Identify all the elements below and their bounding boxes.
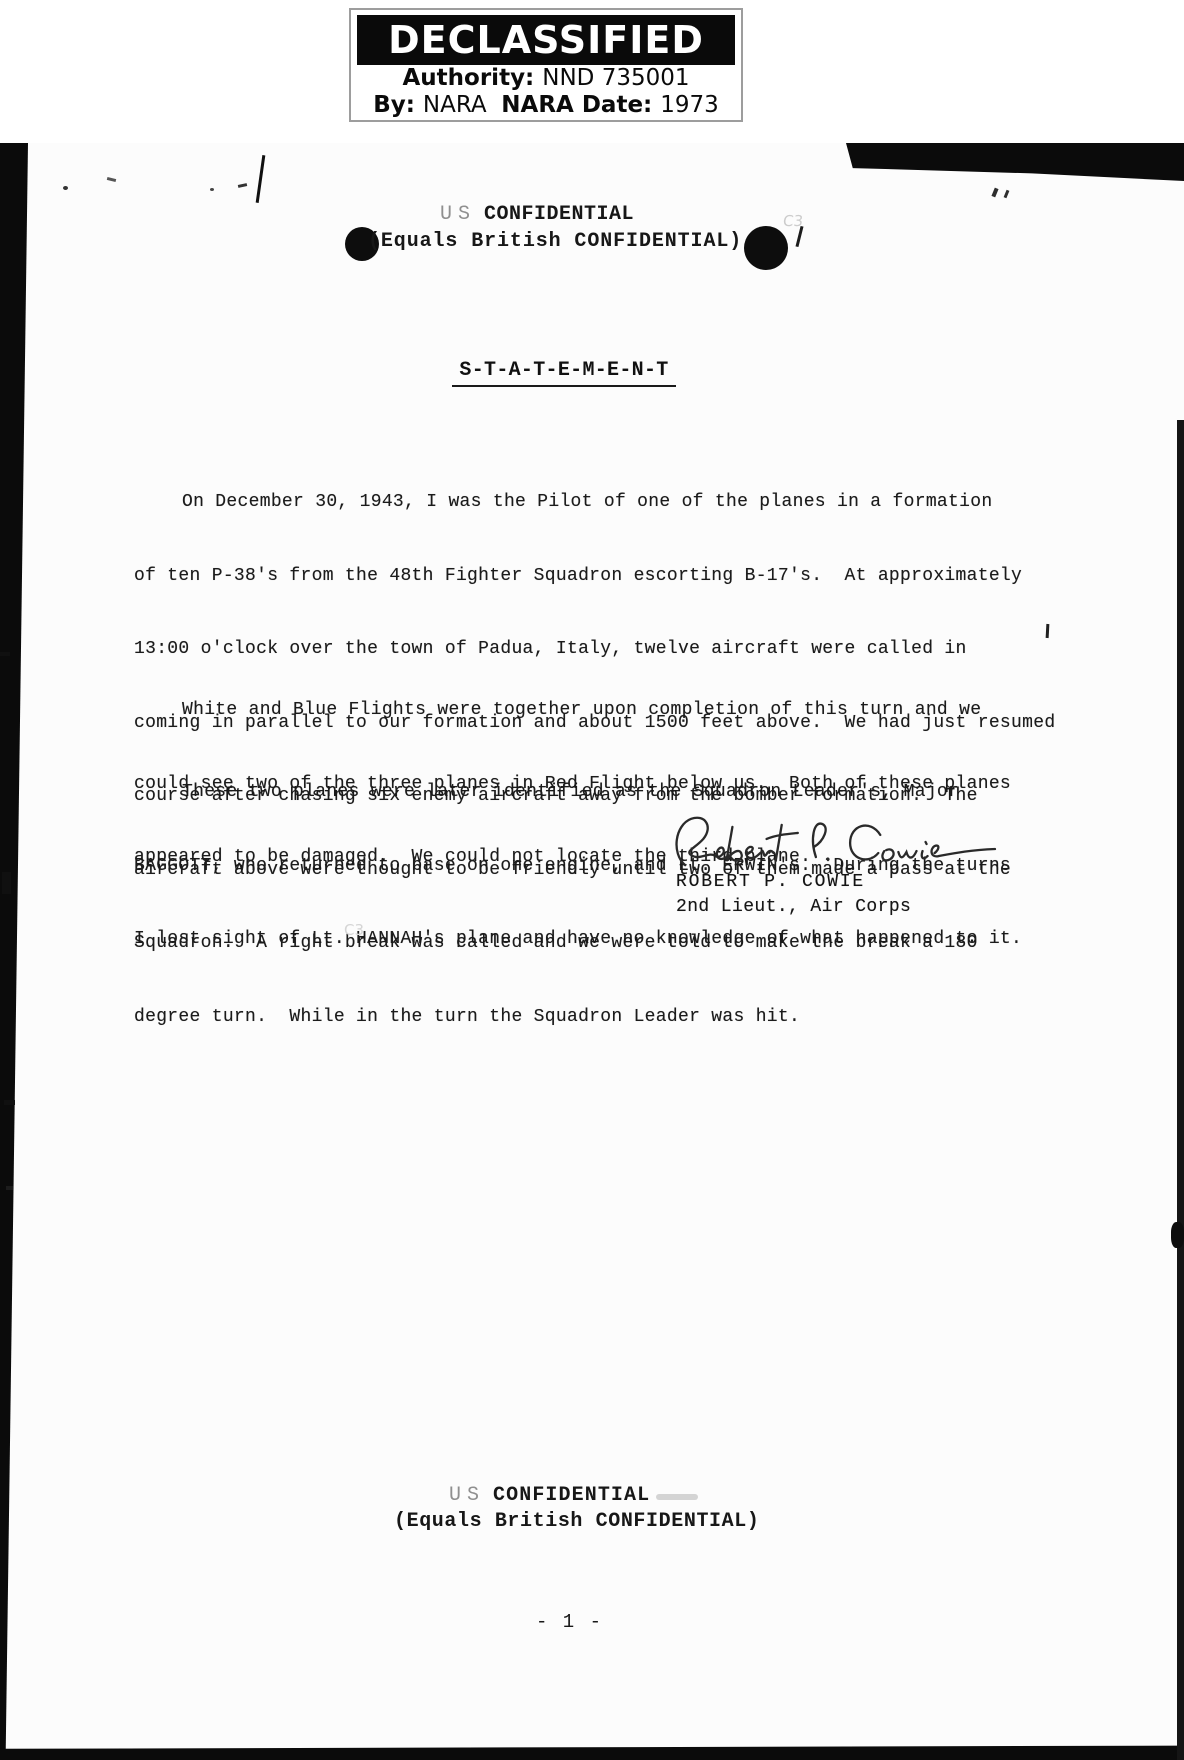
footer-classification-line2: (Equals British CONFIDENTIAL) — [394, 1510, 759, 1533]
by-value: NARA — [423, 92, 501, 118]
signature-typed-name: ROBERT P. COWIE — [676, 872, 865, 892]
scanned-document-page: DECLASSIFIED Authority: NND 735001 By: N… — [0, 0, 1184, 1760]
left-margin-mark — [4, 1100, 15, 1105]
page-number: - 1 - — [536, 1611, 603, 1633]
handwritten-signature — [663, 808, 1000, 880]
scan-edge-right — [1177, 420, 1184, 1760]
declassified-by-row: By: NARA NARA Date: 1973 — [351, 92, 741, 119]
signature-typed-title: 2nd Lieut., Air Corps — [676, 897, 911, 917]
body-line: These two planes were later identified a… — [134, 780, 1074, 805]
authority-value: NND 735001 — [542, 65, 689, 91]
stray-dot — [63, 186, 68, 190]
left-margin-mark — [6, 1186, 13, 1190]
body-line: of ten P-38's from the 48th Fighter Squa… — [134, 564, 1074, 589]
header-classification-line2: (Equals British CONFIDENTIAL) — [368, 230, 742, 253]
header-us-prefix: US — [440, 203, 476, 226]
body-line: White and Blue Flights were together upo… — [134, 698, 1074, 723]
stray-dot — [210, 188, 214, 191]
authority-label: Authority: — [403, 65, 543, 91]
declassified-banner: DECLASSIFIED — [357, 15, 735, 65]
body-line: On December 30, 1943, I was the Pilot of… — [134, 490, 1074, 515]
header-classification-line1: USCONFIDENTIAL — [440, 203, 634, 226]
faint-c3-mark-middle: C3 — [344, 921, 364, 939]
by-label: By: — [373, 92, 423, 118]
document-title: S-T-A-T-E-M-E-N-T — [452, 359, 676, 387]
footer-classification: CONFIDENTIAL — [493, 1484, 650, 1507]
left-margin-mark — [0, 652, 10, 656]
body-line: degree turn. While in the turn the Squad… — [134, 1005, 1074, 1030]
ink-smudge — [656, 1494, 698, 1500]
declassified-authority-row: Authority: NND 735001 — [351, 65, 741, 92]
nara-date-label: NARA Date: — [501, 92, 660, 118]
declassified-stamp-box: DECLASSIFIED Authority: NND 735001 By: N… — [349, 8, 743, 122]
left-margin-mark — [2, 872, 11, 894]
footer-classification-line1: USCONFIDENTIAL — [449, 1484, 698, 1507]
ink-dot-right — [744, 226, 788, 270]
nara-date-value: 1973 — [660, 92, 719, 118]
body-line: I lost sight of Lt. HANNAH's plane and h… — [134, 927, 1074, 952]
footer-us-prefix: US — [449, 1484, 485, 1507]
scan-artifact-blob — [1171, 1222, 1184, 1248]
header-classification: CONFIDENTIAL — [484, 203, 634, 226]
